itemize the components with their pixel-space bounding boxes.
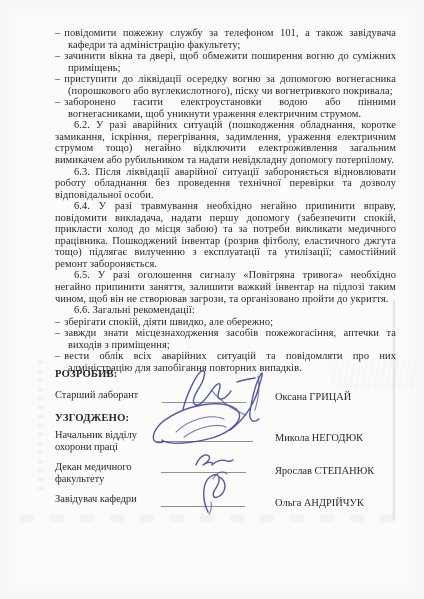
developed-label: РОЗРОБИВ:: [55, 369, 118, 380]
signature-line: [161, 506, 245, 507]
list-item: –зачинити вікна та двері, щоб обмежити п…: [55, 51, 396, 74]
list-item-text: зберігати спокій, діяти швидко, але обер…: [64, 317, 273, 328]
list-item-text: приступити до ліквідації осередку вогню …: [64, 74, 396, 97]
signer-name: Микола НЕГОДЮК: [275, 433, 363, 444]
list-item-text: повідомити пожежну службу за телефоном 1…: [64, 28, 396, 51]
signature-nehodiuk: [153, 373, 262, 443]
signature-line: [162, 402, 246, 403]
list-item-text: завжди знати місцезнаходження засобів по…: [64, 328, 396, 351]
paragraph-6-2: 6.2. У разі аварійних ситуацій (пошкодже…: [55, 120, 396, 166]
signature-stepaniuk: [196, 455, 233, 465]
signer-role: Декан медичного факультету: [55, 462, 148, 485]
paragraph-6-4: 6.4. У разі травмування необхідно негайн…: [55, 201, 396, 270]
dash-bullet: –: [55, 28, 60, 39]
dash-bullet: –: [55, 351, 60, 362]
signature-hrytsai: [183, 371, 255, 415]
list-item-text: зачинити вікна та двері, щоб обмежити по…: [64, 51, 396, 74]
signer-name: Ольга АНДРІЙЧУК: [275, 498, 364, 509]
scan-speckle: [38, 360, 43, 490]
paragraph-6-5: 6.5. У разі оголошення сигналу «Повітрян…: [55, 270, 396, 305]
document-body: –повідомити пожежну службу за телефоном …: [55, 28, 396, 374]
general-recommendations-list: –зберігати спокій, діяти швидко, але обе…: [55, 317, 396, 375]
paragraph-6-3: 6.3. Після ліквідації аварійної ситуації…: [55, 167, 396, 202]
signer-name: Оксана ГРИЦАЙ: [275, 392, 351, 403]
dash-bullet: –: [55, 97, 60, 108]
list-item: –завжди знати місцезнаходження засобів п…: [55, 328, 396, 351]
signer-role: Старший лаборант: [55, 390, 148, 402]
signature-line: [157, 441, 253, 442]
fire-actions-list: –повідомити пожежну службу за телефоном …: [55, 28, 396, 120]
dash-bullet: –: [55, 74, 60, 85]
list-item: –приступити до ліквідації осередку вогню…: [55, 74, 396, 97]
signature-line: [161, 472, 246, 473]
signer-name: Ярослав СТЕПАНЮК: [275, 466, 374, 477]
scan-band: [20, 514, 410, 522]
signer-role: Начальник відділу охорони праці: [55, 430, 148, 453]
scanned-document-page: –повідомити пожежну службу за телефоном …: [0, 0, 424, 599]
dash-bullet: –: [55, 51, 60, 62]
list-item: –заборонено гасити електроустановки водо…: [55, 97, 396, 120]
list-item: –повідомити пожежну службу за телефоном …: [55, 28, 396, 51]
dash-bullet: –: [55, 328, 60, 339]
list-item: –зберігати спокій, діяти швидко, але обе…: [55, 317, 396, 329]
signer-role: Завідувач кафедри: [55, 494, 148, 506]
paragraph-6-6: 6.6. Загальні рекомендації:: [55, 305, 396, 317]
agreed-label: УЗГОДЖЕНО:: [55, 413, 129, 424]
signature-andriichuk: [204, 472, 227, 514]
dash-bullet: –: [55, 317, 60, 328]
list-item-text: заборонено гасити електроустановки водою…: [64, 97, 396, 120]
